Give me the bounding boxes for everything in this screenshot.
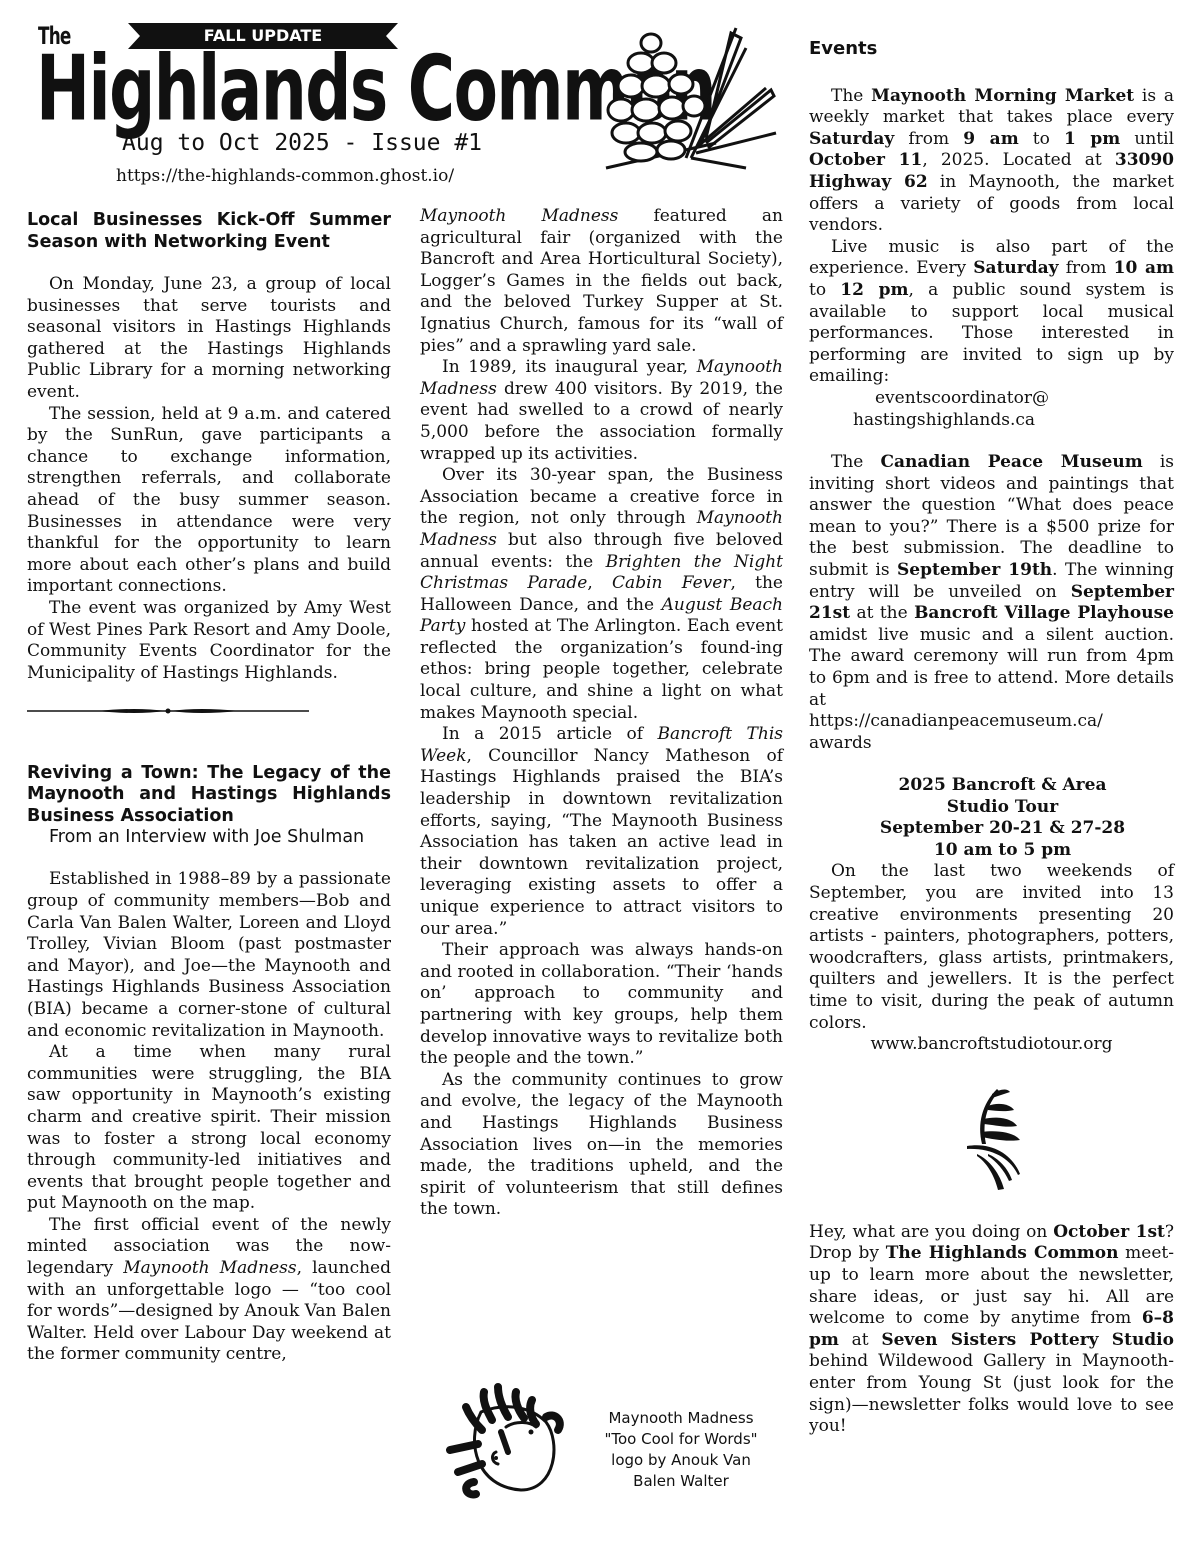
article-paragraph: Established in 1988–89 by a passionate g…: [27, 869, 391, 1042]
peace-museum-link[interactable]: https://canadianpeacemuseum.ca/awards: [809, 711, 1174, 754]
article-paragraph: As the community continues to grow and e…: [420, 1070, 783, 1221]
events-column: Events The Maynooth Morning Market is a …: [809, 38, 1174, 1438]
studio-tour-heading: 2025 Bancroft & Area Studio Tour Septemb…: [809, 775, 1174, 861]
windswept-pine-icon: [962, 1074, 1022, 1194]
article-paragraph: In a 2015 article of Bancroft This Week,…: [420, 724, 783, 940]
article-byline: From an Interview with Joe Shulman: [27, 827, 391, 848]
logo-figure: Maynooth Madness "Too Cool for Words" lo…: [436, 1372, 786, 1512]
column-2: Maynooth Madness featured an agricultura…: [420, 206, 783, 1221]
site-url[interactable]: https://the-highlands-common.ghost.io/: [116, 166, 454, 186]
article-paragraph: In 1989, its inaugural year, Maynooth Ma…: [420, 357, 783, 465]
studio-tour-paragraph: On the last two weekends of September, y…: [809, 861, 1174, 1034]
article-paragraph: Over its 30-year span, the Business Asso…: [420, 465, 783, 724]
ornamental-divider: [27, 704, 309, 718]
article-paragraph: The first official event of the newly mi…: [27, 1215, 391, 1366]
article-paragraph: The event was organized by Amy West of W…: [27, 598, 391, 684]
meetup-paragraph: Hey, what are you doing on October 1st? …: [809, 1222, 1174, 1438]
article-paragraph: Their approach was always hands-on and r…: [420, 940, 783, 1070]
article-paragraph: The session, held at 9 a.m. and catered …: [27, 404, 391, 598]
market-paragraph: The Maynooth Morning Market is a weekly …: [809, 86, 1174, 237]
issue-line: Aug to Oct 2025 - Issue #1: [122, 130, 482, 156]
too-cool-face-icon: [436, 1372, 566, 1502]
peace-museum-paragraph: The Canadian Peace Museum is inviting sh…: [809, 452, 1174, 711]
article-headline: Reviving a Town: The Legacy of the Mayno…: [27, 763, 391, 828]
article-headline: Local Businesses Kick-Off Summer Season …: [27, 210, 391, 253]
column-1: Local Businesses Kick-Off Summer Season …: [27, 210, 391, 1366]
article-paragraph: Maynooth Madness featured an agricultura…: [420, 206, 783, 357]
article-paragraph: At a time when many rural communities we…: [27, 1042, 391, 1215]
logo-caption: Maynooth Madness "Too Cool for Words" lo…: [581, 1408, 781, 1492]
email-link[interactable]: eventscoordinator@hastingshighlands.ca: [853, 388, 1174, 431]
studio-tour-link[interactable]: www.bancroftstudiotour.org: [809, 1034, 1174, 1056]
masthead: The FALL UPDATE Highlands Common Aug to …: [0, 0, 600, 200]
live-music-paragraph: Live music is also part of the experienc…: [809, 237, 1174, 388]
article-paragraph: On Monday, June 23, a group of local bus…: [27, 274, 391, 404]
pinecone-icon: [596, 18, 786, 173]
events-heading: Events: [809, 38, 1174, 60]
